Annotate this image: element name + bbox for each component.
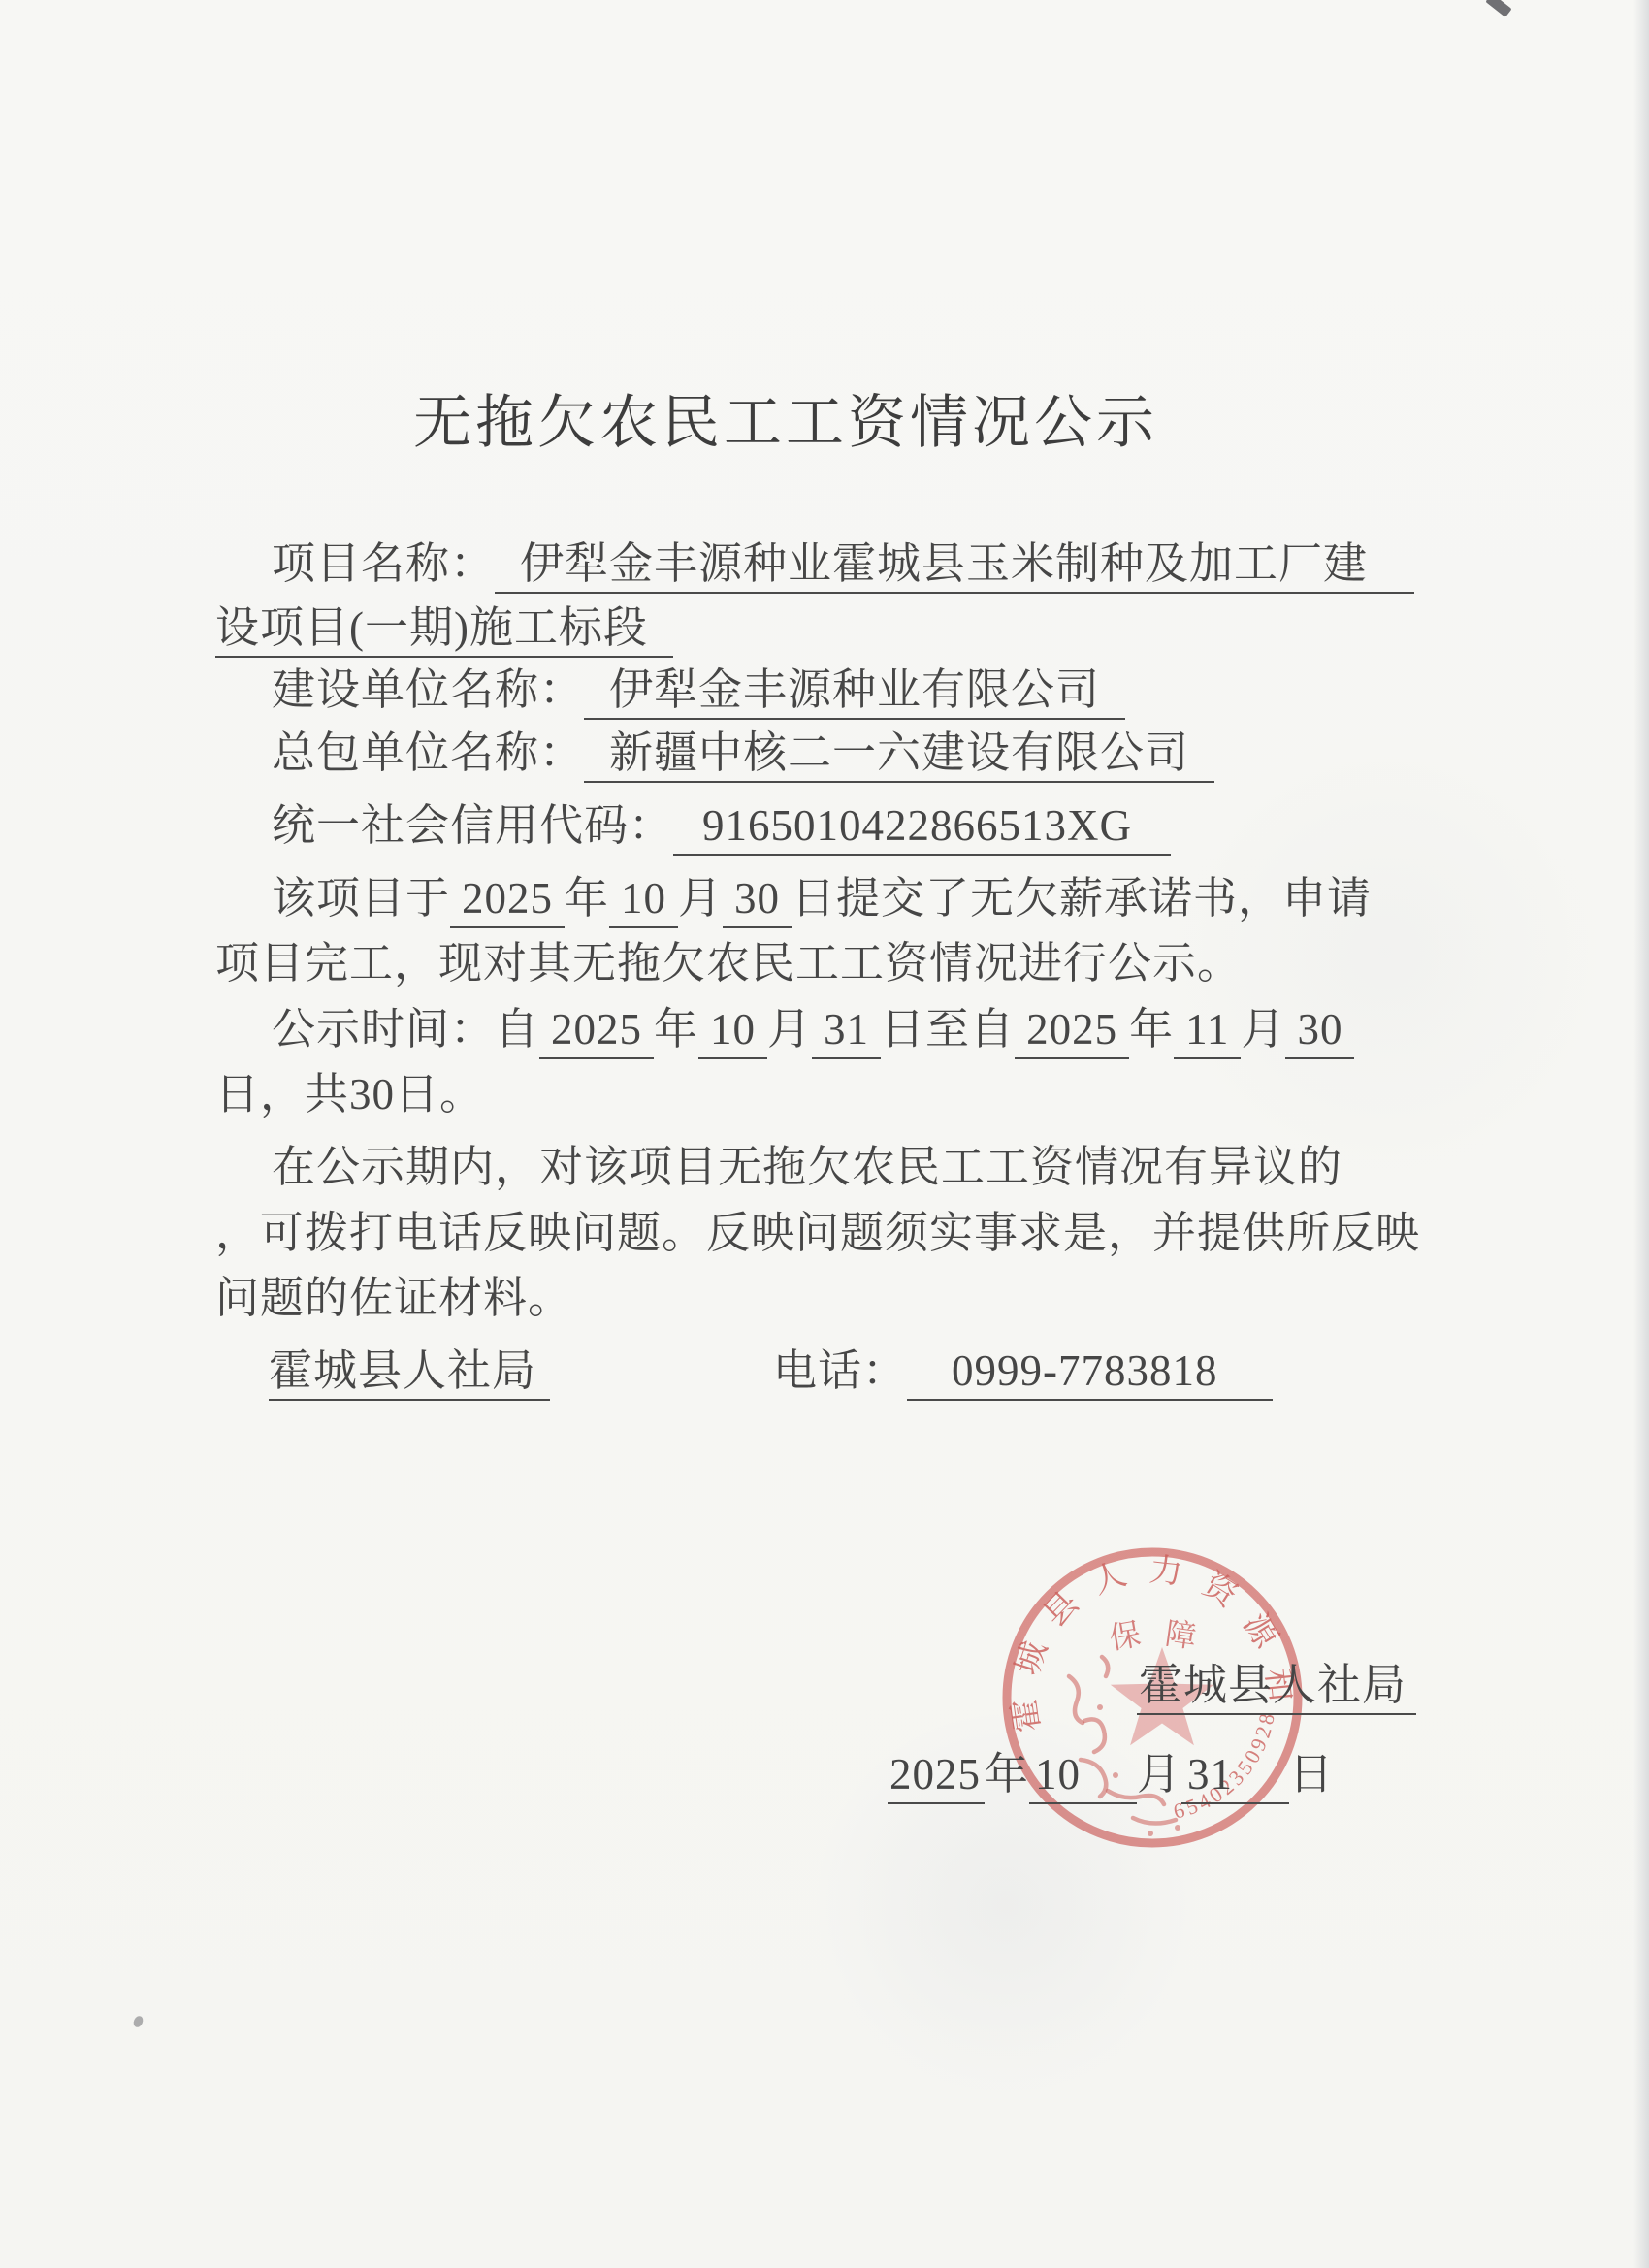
contact-line: 霍城县人社局电话：0999-7783818 [269, 1341, 1273, 1401]
signature-org: 霍城县人社局 [1137, 1661, 1416, 1715]
date-month: 10 [1029, 1750, 1137, 1804]
publicity-end-month: 11 [1174, 1005, 1241, 1059]
paragraph-submission-line2: 项目完工，现对其无拖欠农民工工资情况进行公示。 [215, 933, 1242, 993]
submission-text-2: 日提交了无欠薪承诺书，申请 [792, 874, 1372, 923]
signature-date-line: 2025年10月31日 [888, 1738, 1334, 1801]
phone-label: 电话： [773, 1346, 907, 1395]
paragraph-publicity-line1: 公示时间：自2025年10月31日至自2025年11月30 [272, 999, 1354, 1059]
credit-code-label: 统一社会信用代码： [272, 801, 673, 850]
publicity-text-1: 公示时间：自 [272, 1005, 539, 1053]
scan-edge-shading [1633, 0, 1649, 2268]
publicity-y2-unit: 年 [1129, 1005, 1174, 1053]
submission-day: 30 [723, 874, 792, 928]
submission-month: 10 [609, 874, 678, 928]
scan-artifact-dot [132, 2015, 145, 2029]
phone-value: 0999-7783818 [907, 1346, 1273, 1401]
publicity-start-month: 10 [698, 1005, 767, 1059]
contact-org: 霍城县人社局 [269, 1346, 550, 1401]
project-name-label: 项目名称： [272, 539, 495, 588]
date-day: 31 [1181, 1750, 1289, 1804]
publicity-m2-unit: 月 [1241, 1005, 1285, 1053]
date-month-unit: 月 [1137, 1750, 1181, 1798]
paragraph-publicity-line2: 日，共30日。 [215, 1064, 484, 1124]
publicity-end-year: 2025 [1015, 1005, 1129, 1059]
field-contractor: 总包单位名称：新疆中核二一六建设有限公司 [272, 723, 1214, 783]
date-day-unit: 日 [1289, 1750, 1334, 1798]
scanned-document-page: 无拖欠农民工工资情况公示 项目名称：伊犁金丰源种业霍城县玉米制种及加工厂建 设项… [0, 0, 1649, 2268]
scan-artifact-top [1485, 0, 1511, 17]
publicity-m1-unit: 月 [767, 1005, 812, 1053]
submission-month-unit: 月 [678, 874, 723, 923]
field-builder: 建设单位名称：伊犁金丰源种业有限公司 [272, 660, 1125, 720]
objection-text-2: ，可拨打电话反映问题。反映问题须实事求是，并提供所反映 [215, 1209, 1420, 1257]
date-year: 2025 [888, 1750, 985, 1804]
submission-year: 2025 [450, 874, 565, 928]
paragraph-submission-line1: 该项目于2025年10月30日提交了无欠薪承诺书，申请 [272, 868, 1372, 928]
submission-text-3: 项目完工，现对其无拖欠农民工工资情况进行公示。 [215, 939, 1242, 988]
publicity-text-2: 日，共30日。 [215, 1070, 484, 1118]
objection-text-1: 在公示期内，对该项目无拖欠农民工工资情况有异议的 [272, 1143, 1342, 1191]
submission-year-unit: 年 [565, 874, 609, 923]
publicity-start-year: 2025 [539, 1005, 654, 1059]
submission-text-1: 该项目于 [272, 874, 450, 923]
publicity-start-day: 31 [812, 1005, 881, 1059]
publicity-y1-unit: 年 [654, 1005, 698, 1053]
contractor-label: 总包单位名称： [272, 729, 584, 777]
project-name-value-line1: 伊犁金丰源种业霍城县玉米制种及加工厂建 [495, 539, 1414, 594]
project-name-value-line2: 设项目(一期)施工标段 [215, 603, 673, 658]
builder-value: 伊犁金丰源种业有限公司 [584, 665, 1125, 720]
objection-text-3: 问题的佐证材料。 [215, 1274, 572, 1322]
publicity-end-day: 30 [1285, 1005, 1354, 1059]
contractor-value: 新疆中核二一六建设有限公司 [584, 729, 1214, 783]
date-year-unit: 年 [985, 1750, 1029, 1798]
signature-line: 霍城县人社局 [1137, 1649, 1416, 1712]
credit-code-value: 9165010422866513XG [673, 801, 1171, 856]
publicity-mid-text: 日至自 [881, 1005, 1015, 1053]
paragraph-objection-line2: ，可拨打电话反映问题。反映问题须实事求是，并提供所反映 [215, 1203, 1420, 1263]
field-project-name: 项目名称：伊犁金丰源种业霍城县玉米制种及加工厂建 [272, 534, 1414, 594]
page-title: 无拖欠农民工工资情况公示 [0, 376, 1571, 460]
field-credit-code: 统一社会信用代码：9165010422866513XG [272, 795, 1171, 856]
paragraph-objection-line1: 在公示期内，对该项目无拖欠农民工工资情况有异议的 [272, 1137, 1342, 1197]
builder-label: 建设单位名称： [272, 665, 584, 714]
paragraph-objection-line3: 问题的佐证材料。 [215, 1268, 572, 1328]
field-project-name-continued: 设项目(一期)施工标段 [215, 598, 673, 658]
